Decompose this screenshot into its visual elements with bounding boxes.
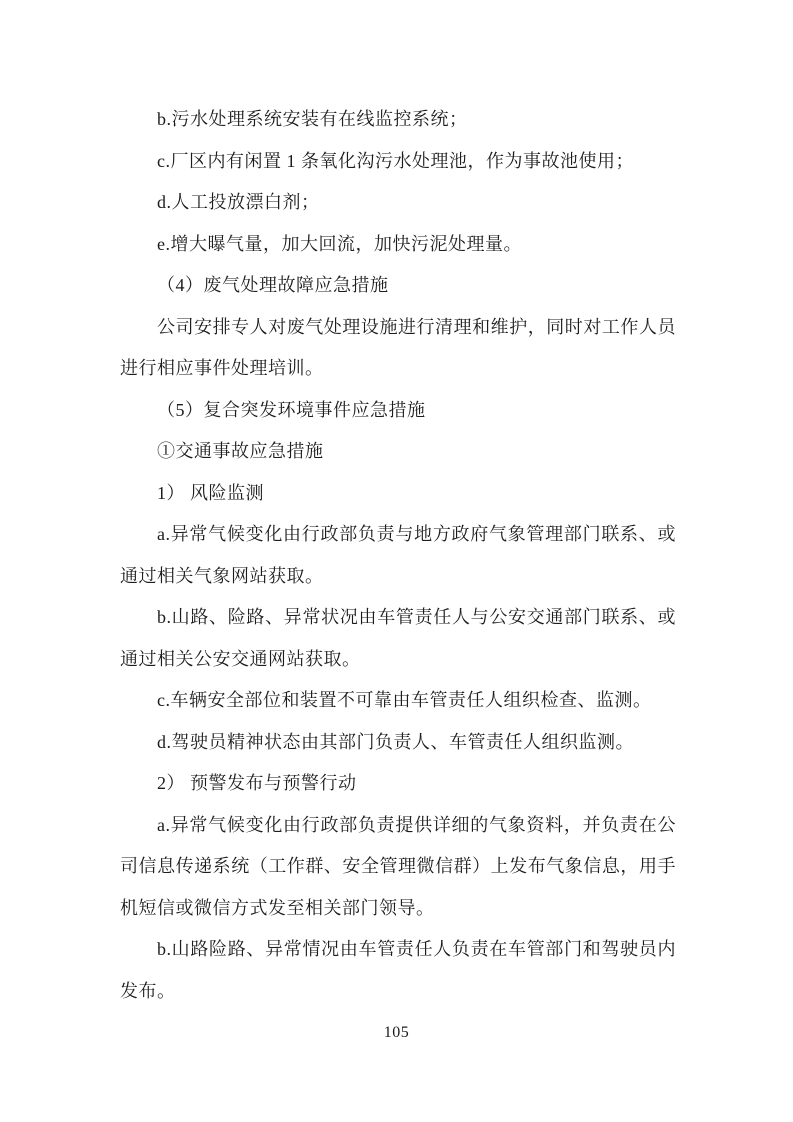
text-line: ①交通事故应急措施 xyxy=(120,431,676,473)
text-block: b.污水处理系统安装有在线监控系统；c.厂区内有闲置 1 条氧化沟污水处理池，作… xyxy=(120,99,676,1012)
text-line: b.山路险路、异常情况由车管责任人负责在车管部门和驾驶员内 xyxy=(120,929,676,971)
text-line: a.异常气候变化由行政部负责提供详细的气象资料，并负责在公 xyxy=(120,805,676,847)
document-page: b.污水处理系统安装有在线监控系统；c.厂区内有闲置 1 条氧化沟污水处理池，作… xyxy=(0,0,793,1122)
page-number: 105 xyxy=(0,1024,793,1042)
text-line: （5）复合突发环境事件应急措施 xyxy=(120,390,676,432)
text-line: 公司安排专人对废气处理设施进行清理和维护，同时对工作人员 xyxy=(120,307,676,349)
text-line: （4）废气处理故障应急措施 xyxy=(120,265,676,307)
text-line: 通过相关公安交通网站获取。 xyxy=(120,639,676,681)
text-line: c.车辆安全部位和装置不可靠由车管责任人组织检查、监测。 xyxy=(120,680,676,722)
text-line: 1） 风险监测 xyxy=(120,473,676,515)
text-line: 机短信或微信方式发至相关部门领导。 xyxy=(120,888,676,930)
text-line: 发布。 xyxy=(120,971,676,1013)
text-line: e.增大曝气量，加大回流，加快污泥处理量。 xyxy=(120,224,676,266)
text-line: b.山路、险路、异常状况由车管责任人与公安交通部门联系、或 xyxy=(120,597,676,639)
text-line: b.污水处理系统安装有在线监控系统； xyxy=(120,99,676,141)
text-line: a.异常气候变化由行政部负责与地方政府气象管理部门联系、或 xyxy=(120,514,676,556)
text-line: d.人工投放漂白剂； xyxy=(120,182,676,224)
text-line: 通过相关气象网站获取。 xyxy=(120,556,676,598)
text-line: 司信息传递系统（工作群、安全管理微信群）上发布气象信息，用手 xyxy=(120,846,676,888)
text-line: 进行相应事件处理培训。 xyxy=(120,348,676,390)
text-line: 2） 预警发布与预警行动 xyxy=(120,763,676,805)
text-line: c.厂区内有闲置 1 条氧化沟污水处理池，作为事故池使用； xyxy=(120,141,676,183)
text-line: d.驾驶员精神状态由其部门负责人、车管责任人组织监测。 xyxy=(120,722,676,764)
